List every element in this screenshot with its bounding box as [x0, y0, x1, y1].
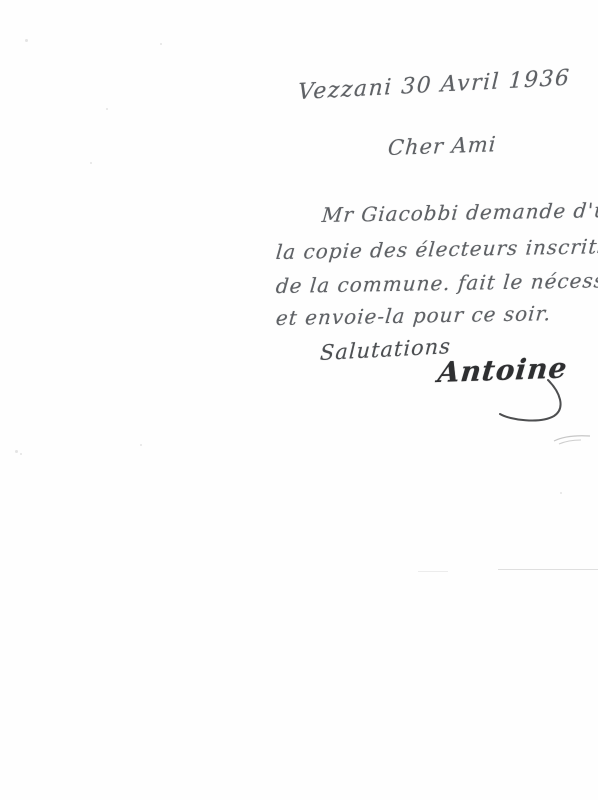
- body-line-3: de la commune. fait le nécessaire: [275, 267, 598, 298]
- pencil-scribble-mark: [552, 430, 592, 448]
- body-line-4: et envoie-la pour ce soir.: [275, 301, 552, 330]
- dust-speck: [560, 492, 562, 494]
- body-line-1: Mr Giacobbi demande d'urgence: [321, 197, 598, 227]
- closing-text: Salutations: [319, 334, 451, 365]
- body-line-2: la copie des électeurs inscrits: [275, 234, 598, 264]
- dust-speck: [15, 450, 18, 453]
- dust-speck: [140, 444, 142, 446]
- fold-line-artifact: [498, 569, 598, 570]
- dust-speck: [20, 453, 22, 455]
- salutation-text: Cher Ami: [387, 132, 497, 160]
- dateline-text: Vezzani 30 Avril 1936: [297, 66, 571, 105]
- dust-speck: [160, 43, 162, 45]
- letter-page: Vezzani 30 Avril 1936 Cher Ami Mr Giacob…: [0, 0, 598, 800]
- signature-flourish: [470, 378, 580, 424]
- dust-speck: [25, 39, 28, 42]
- fold-line-artifact-left: [418, 571, 448, 572]
- dust-speck: [106, 108, 108, 110]
- dust-speck: [90, 162, 92, 164]
